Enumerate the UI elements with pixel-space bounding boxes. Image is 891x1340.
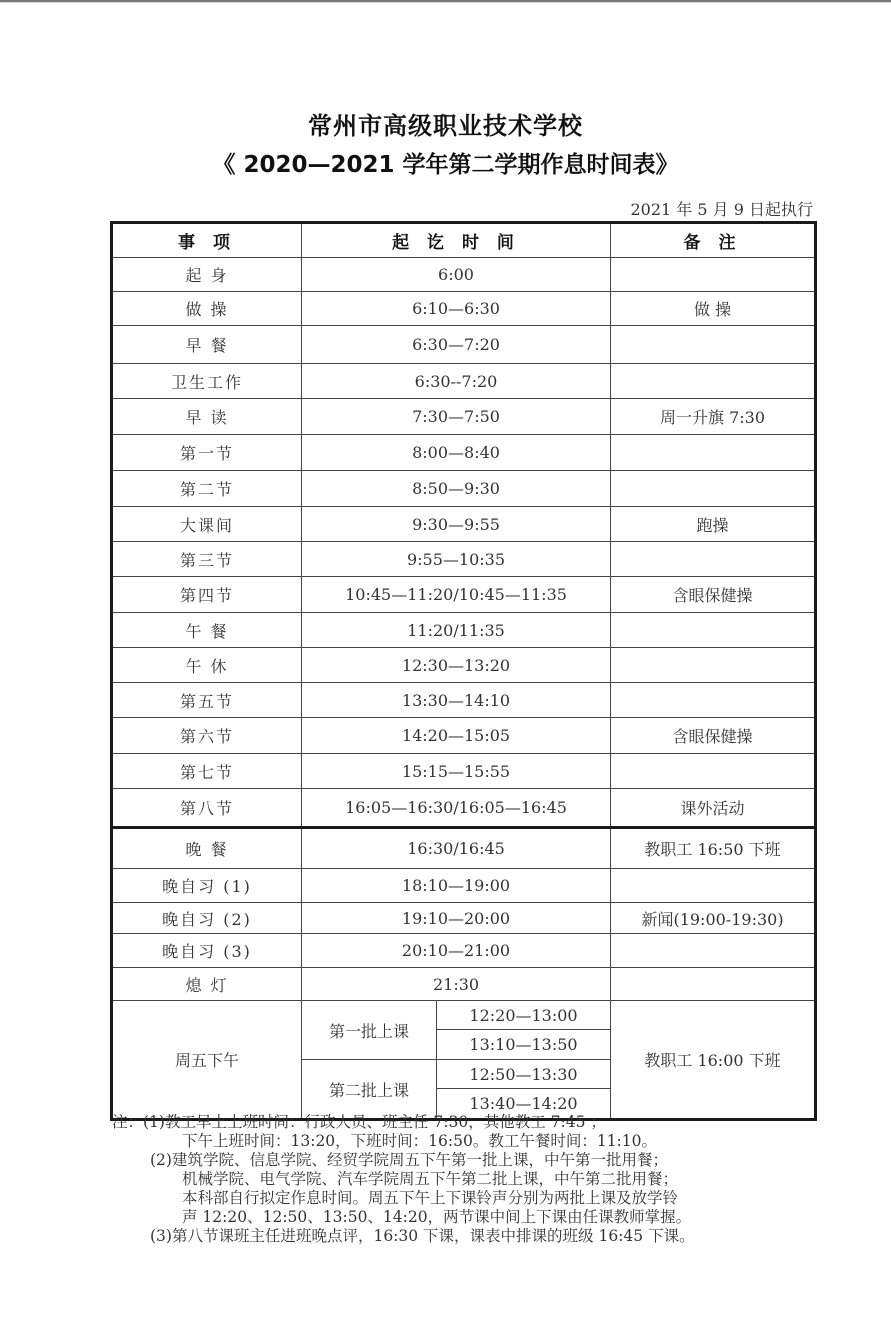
friday-row: 周五下午第一批上课12:20—13:00教职工 16:00 下班 [112,1001,816,1030]
effective-date: 2021 年 5 月 9 日起执行 [630,197,813,220]
row-note [611,934,816,968]
row-time: 9:55—10:35 [302,542,611,577]
note-line: 本科部自行拟定作息时间。周五下午上下课铃声分别为两批上课及放学铃 [112,1189,695,1208]
row-time: 16:05—16:30/16:05—16:45 [302,789,611,828]
table-row: 晚自习 (1)18:10—19:00 [112,869,816,903]
row-item: 熄 灯 [112,968,302,1001]
table-row: 午 餐11:20/11:35 [112,613,816,648]
row-item: 第六节 [112,718,302,754]
table-row: 熄 灯21:30 [112,968,816,1001]
row-item: 午 餐 [112,613,302,648]
row-time: 13:30—14:10 [302,683,611,718]
table-row: 卫生工作6:30--7:20 [112,364,816,399]
row-note [611,869,816,903]
row-item: 晚自习 (3) [112,934,302,968]
header-note: 备 注 [611,223,816,258]
row-time: 8:00—8:40 [302,435,611,471]
friday-batch-time: 12:50—13:30 [437,1060,611,1089]
row-item: 早 餐 [112,326,302,364]
row-note: 新闻(19:00-19:30) [611,903,816,934]
note-line: 下午上班时间：13:20，下班时间：16:50。教工午餐时间：11:10。 [112,1132,695,1151]
row-note: 周一升旗 7:30 [611,399,816,435]
table-row: 午 休12:30—13:20 [112,648,816,683]
header-time: 起 讫 时 间 [302,223,611,258]
table-row: 第六节14:20—15:05含眼保健操 [112,718,816,754]
row-note [611,326,816,364]
row-note [611,471,816,507]
table-row: 第八节16:05—16:30/16:05—16:45课外活动 [112,789,816,828]
table-row: 晚自习 (2)19:10—20:00新闻(19:00-19:30) [112,903,816,934]
table-row: 晚自习 (3)20:10—21:00 [112,934,816,968]
row-item: 第八节 [112,789,302,828]
row-item: 第一节 [112,435,302,471]
row-time: 20:10—21:00 [302,934,611,968]
row-time: 9:30—9:55 [302,507,611,542]
row-item: 早 读 [112,399,302,435]
row-note [611,648,816,683]
row-note: 含眼保健操 [611,718,816,754]
row-time: 18:10—19:00 [302,869,611,903]
row-time: 16:30/16:45 [302,828,611,869]
row-item: 晚自习 (2) [112,903,302,934]
row-note [611,754,816,789]
row-time: 12:30—13:20 [302,648,611,683]
table-row: 晚 餐16:30/16:45教职工 16:50 下班 [112,828,816,869]
row-note [611,364,816,399]
row-item: 晚自习 (1) [112,869,302,903]
row-note: 做 操 [611,292,816,326]
row-note: 教职工 16:50 下班 [611,828,816,869]
table-row: 第四节10:45—11:20/10:45—11:35含眼保健操 [112,577,816,613]
row-time: 21:30 [302,968,611,1001]
friday-note: 教职工 16:00 下班 [611,1001,816,1120]
row-time: 11:20/11:35 [302,613,611,648]
table-row: 起 身6:00 [112,258,816,292]
row-time: 19:10—20:00 [302,903,611,934]
table-row: 第二节8:50—9:30 [112,471,816,507]
row-item: 第七节 [112,754,302,789]
note-line: (3)第八节课班主任进班晚点评，16:30 下课，课表中排课的班级 16:45 … [112,1227,695,1246]
table-row: 早 餐6:30—7:20 [112,326,816,364]
document-title: 《 2020—2021 学年第二学期作息时间表》 [0,146,891,179]
row-note [611,435,816,471]
row-item: 第五节 [112,683,302,718]
friday-item: 周五下午 [112,1001,302,1120]
row-note [611,968,816,1001]
row-note: 课外活动 [611,789,816,828]
table-row: 第五节13:30—14:10 [112,683,816,718]
row-time: 6:30—7:20 [302,326,611,364]
row-item: 起 身 [112,258,302,292]
table-row: 大课间9:30—9:55跑操 [112,507,816,542]
row-time: 14:20—15:05 [302,718,611,754]
row-item: 第三节 [112,542,302,577]
row-time: 6:00 [302,258,611,292]
row-note [611,542,816,577]
row-item: 午 休 [112,648,302,683]
row-note: 跑操 [611,507,816,542]
schedule-table: 事 项 起 讫 时 间 备 注 起 身6:00做 操6:10—6:30做 操早 … [110,221,817,1121]
table-row: 第三节9:55—10:35 [112,542,816,577]
row-time: 7:30—7:50 [302,399,611,435]
row-note [611,683,816,718]
row-time: 10:45—11:20/10:45—11:35 [302,577,611,613]
row-item: 第四节 [112,577,302,613]
row-note [611,258,816,292]
row-item: 第二节 [112,471,302,507]
school-name: 常州市高级职业技术学校 [0,106,891,141]
friday-batch-label: 第二批上课 [302,1060,437,1120]
table-row: 第一节8:00—8:40 [112,435,816,471]
row-time: 8:50—9:30 [302,471,611,507]
row-item: 大课间 [112,507,302,542]
row-note [611,613,816,648]
table-row: 做 操6:10—6:30做 操 [112,292,816,326]
top-edge-line-light [0,2,891,3]
friday-batch-label: 第一批上课 [302,1001,437,1060]
row-note: 含眼保健操 [611,577,816,613]
row-item: 卫生工作 [112,364,302,399]
header-item: 事 项 [112,223,302,258]
row-item: 晚 餐 [112,828,302,869]
friday-batch-time: 13:10—13:50 [437,1030,611,1060]
table-row: 第七节15:15—15:55 [112,754,816,789]
row-time: 15:15—15:55 [302,754,611,789]
row-time: 6:10—6:30 [302,292,611,326]
row-time: 6:30--7:20 [302,364,611,399]
note-line: 机械学院、电气学院、汽车学院周五下午第二批上课，中午第二批用餐； [112,1170,695,1189]
footnotes: 注：(1)教工早上上班时间：行政人员、班主任 7:30，其他教工 7:45 ； … [112,1113,695,1246]
row-item: 做 操 [112,292,302,326]
note-line: 注：(1)教工早上上班时间：行政人员、班主任 7:30，其他教工 7:45 ； [112,1113,695,1132]
friday-batch-time: 12:20—13:00 [437,1001,611,1030]
note-line: (2)建筑学院、信息学院、经贸学院周五下午第一批上课，中午第一批用餐； [112,1151,695,1170]
note-line: 声 12:20、12:50、13:50、14:20，两节课中间上下课由任课教师掌… [112,1208,695,1227]
table-header-row: 事 项 起 讫 时 间 备 注 [112,223,816,258]
table-row: 早 读7:30—7:50周一升旗 7:30 [112,399,816,435]
